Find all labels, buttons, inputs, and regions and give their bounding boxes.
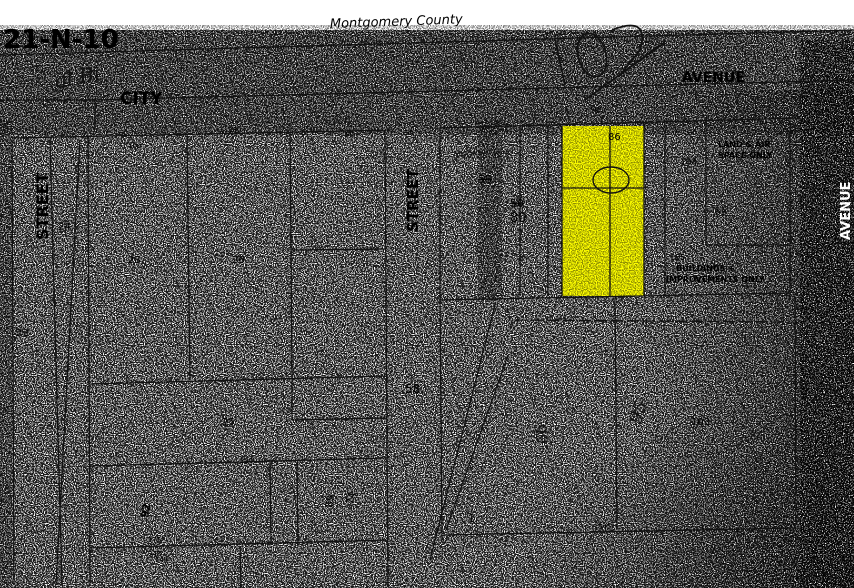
section-label: 21-N-10 [3, 25, 119, 55]
scan-noise-left [0, 120, 12, 588]
lot-25: 25 [222, 417, 235, 428]
street-label-avenue-top: AVENUE [682, 70, 745, 86]
lot-63: 63 [715, 208, 726, 218]
dim-50a: 50 [345, 131, 354, 139]
dim-175: 175' [148, 536, 163, 544]
lot-99: 99 [530, 422, 552, 445]
scan-noise-edge [800, 40, 854, 588]
lot-28: 28 [128, 255, 141, 266]
lot-23: 23 [16, 328, 29, 339]
dim-505: 505 [590, 106, 603, 114]
dim-280: 280 [228, 126, 241, 134]
dim-143: 143' [155, 556, 170, 564]
street-label-right: AVENUE [839, 182, 854, 240]
dim-264: 264.2 [800, 380, 808, 400]
note-buildings-1: BUILDINGS + [676, 264, 735, 273]
dim-345b: 345' [598, 523, 613, 531]
street-label-city: CITY [120, 89, 163, 109]
lot-50-struck: 50 [510, 197, 524, 210]
lot-104: 104 [680, 158, 697, 168]
lot-86: 86 [608, 132, 621, 143]
dim-100: 100 [128, 142, 141, 150]
scan-noise-bottom [420, 330, 854, 588]
lot-105: 105 [670, 253, 685, 262]
dim-bearing: N60°29'49"E [452, 151, 513, 161]
lot-74: 74 [345, 491, 358, 505]
lot-1: 1 [468, 512, 475, 525]
lot-89: 89 [324, 494, 337, 508]
scan-noise-strip [478, 120, 502, 300]
lot-103: 103 [691, 417, 710, 428]
note-land-air-2: SPACE ONLY [718, 151, 773, 160]
lot-26: 26 [232, 255, 245, 266]
note-buildings-2: IMPROVEMENTS ONLY [666, 275, 765, 284]
lot-55-struck: 55 [478, 173, 492, 186]
lot-80: 80 [510, 211, 527, 226]
lot-24: 24 [58, 222, 71, 233]
street-label-middle: STREET [404, 168, 422, 232]
dim-50b: 50 [405, 129, 414, 137]
dim-5100: 5100 [325, 117, 351, 128]
street-label-left: STREET [33, 172, 52, 240]
note-land-air-1: LAND & AIR [718, 140, 771, 149]
plat-map: 21-N-10 Montgomery County CITY AVENUE ST… [0, 0, 854, 588]
highlight-noise [562, 126, 644, 296]
dim-250: 250 [240, 457, 253, 465]
lot-58: 58 [405, 382, 420, 396]
